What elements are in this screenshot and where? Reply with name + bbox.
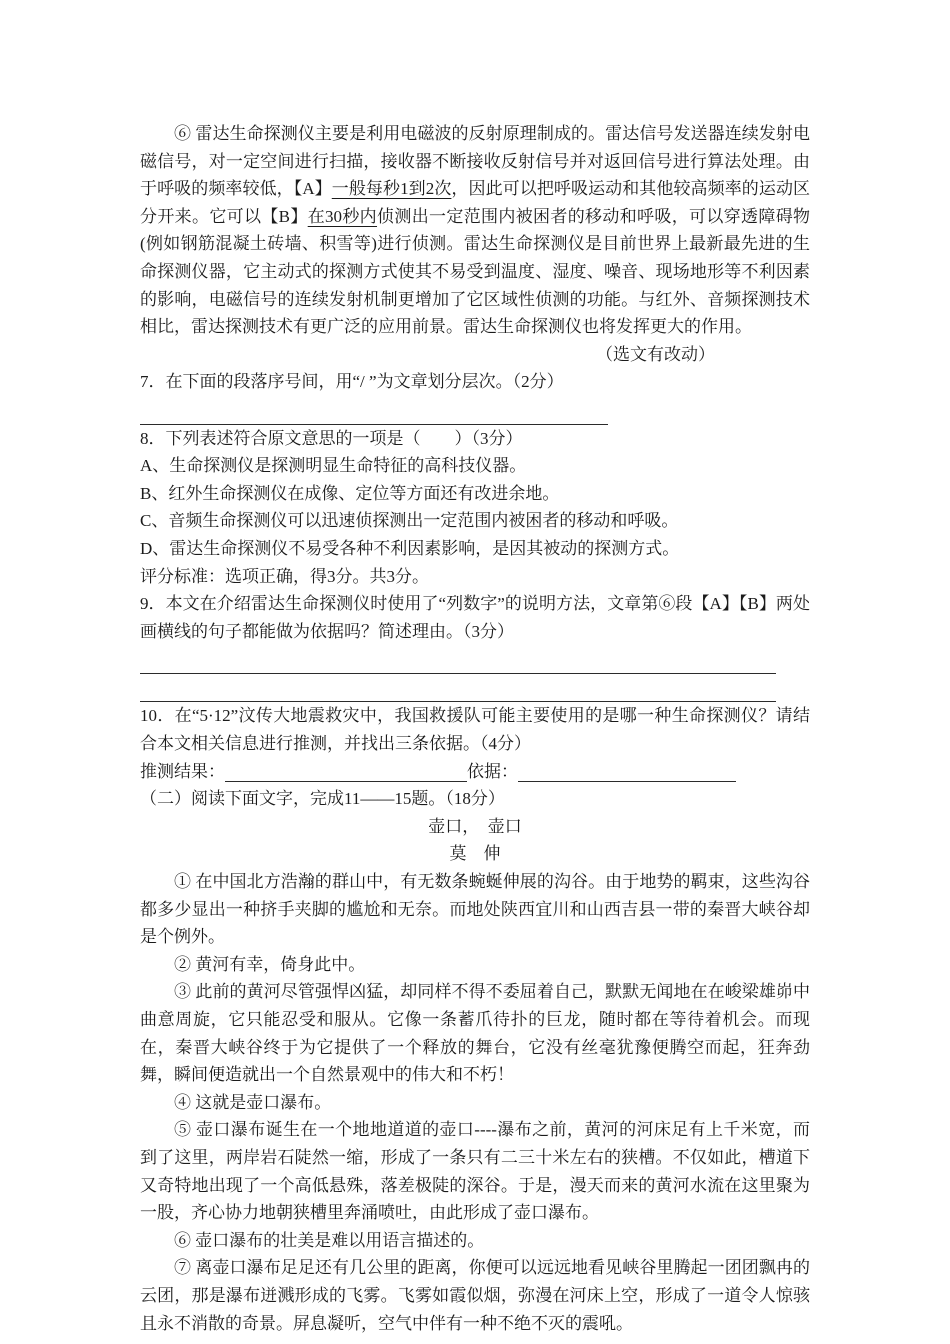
answer-line-q9-2 [140,674,776,703]
question-9: 9．本文在介绍雷达生命探测仪时使用了“列数字”的说明方法，文章第⑥段【A】【B】… [140,590,810,645]
p6-underlined-phrase-b: 在30秒内 [308,207,377,226]
section2-header: （二）阅读下面文字，完成11——15题。（18分） [140,785,810,813]
essay-paragraph-7: ⑦ 离壶口瀑布足足还有几公里的距离，你便可以远远地看见峡谷里腾起一团团飘冉的云团… [140,1254,810,1337]
question-8-scoring-note: 评分标准：选项正确，得3分。共3分。 [140,563,810,591]
question-8-option-c: C、音频生命探测仪可以迅速侦探测出一定范围内被困者的移动和呼吸。 [140,507,810,535]
marker-b-label: 【B】 [261,207,307,226]
essay-paragraph-5: ⑤ 壶口瀑布诞生在一个地地道道的壶口----瀑布之前，黄河的河床足有上千米宽，而… [140,1116,810,1226]
essay-paragraph-4: ④ 这就是壶口瀑布。 [140,1089,810,1117]
essay-author: 莫 伸 [140,840,810,868]
marker-a-label: 【A】 [294,179,332,198]
question-8-option-a: A、生命探测仪是探测明显生命特征的高科技仪器。 [140,452,810,480]
q10-basis-blank-line [518,761,736,782]
q10-answer-row: 推测结果： 依据： [140,758,810,786]
question-7: 7．在下面的段落序号间，用“/ ”为文章划分层次。（2分） [140,368,810,396]
p6-underlined-phrase-a: 一般每秒1到2次 [332,179,452,198]
q10-result-label: 推测结果： [140,758,225,786]
question-8: 8．下列表述符合原文意思的一项是（ ）（3分） [140,425,810,453]
article1-paragraph-6: ⑥ 雷达生命探测仪主要是利用电磁波的反射原理制成的。雷达信号发送器连续发射电磁信… [140,120,810,341]
source-note: （选文有改动） [140,341,810,369]
exam-document: ⑥ 雷达生命探测仪主要是利用电磁波的反射原理制成的。雷达信号发送器连续发射电磁信… [140,120,810,1337]
q10-result-blank-line [225,761,467,782]
essay-paragraph-6: ⑥ 壶口瀑布的壮美是难以用语言描述的。 [140,1227,810,1255]
answer-line-q7 [140,396,608,425]
question-10: 10．在“5·12”汶传大地震救灾中，我国救援队可能主要使用的是哪一种生命探测仪… [140,702,810,757]
essay-paragraph-2: ② 黄河有幸，倚身此中。 [140,951,810,979]
question-8-option-b: B、红外生命探测仪在成像、定位等方面还有改进余地。 [140,480,810,508]
q10-basis-label: 依据： [467,758,518,786]
essay-paragraph-3: ③ 此前的黄河尽管强悍凶猛，却同样不得不委屈着自己，默默无闻地在在峻梁雄峁中曲意… [140,978,810,1088]
answer-line-q9-1 [140,645,776,674]
essay-title: 壶口， 壶口 [140,813,810,841]
p6-text-3: 侦测出一定范围内被困者的移动和呼吸，可以穿透障碍物(例如钢筋混凝土砖墙、积雪等)… [140,207,810,336]
essay-paragraph-1: ① 在中国北方浩瀚的群山中，有无数条蜿蜒伸展的沟谷。由于地势的羁束，这些沟谷都多… [140,868,810,951]
question-8-option-d: D、雷达生命探测仪不易受各种不利因素影响，是因其被动的探测方式。 [140,535,810,563]
